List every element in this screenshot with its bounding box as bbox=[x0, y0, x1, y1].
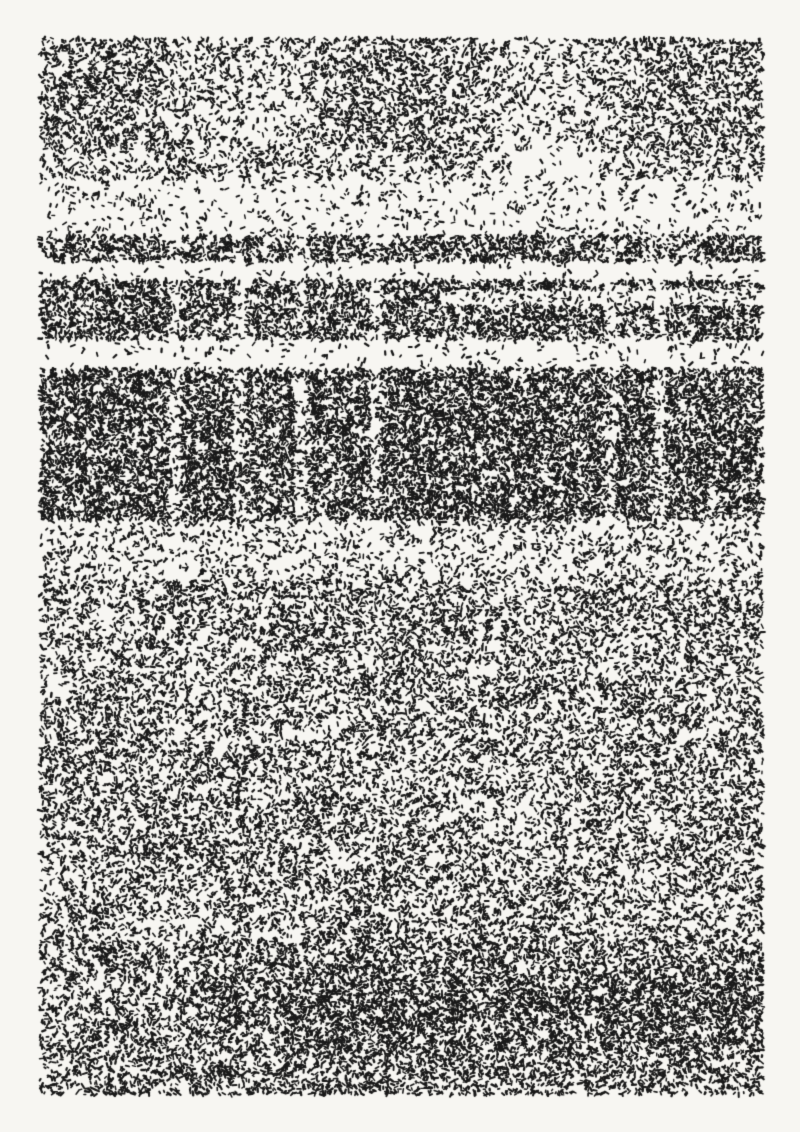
stipple-artwork bbox=[0, 0, 800, 1132]
